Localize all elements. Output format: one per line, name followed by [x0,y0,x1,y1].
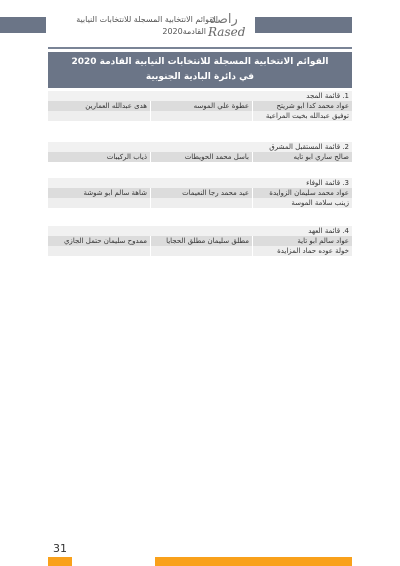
table-row: صالح ساري ابو تايه باسل محمد الحويطات ذي… [48,152,352,162]
brand-english: Rased [208,25,245,39]
footer-accent-block [48,557,72,566]
candidate-cell: عطوة علي الموسه [150,101,252,111]
page-number: 31 [53,542,67,555]
footer-accent-bar [155,557,352,566]
list-table-4: 4. قائمة العهد عواد سالم ابو تاية مطلق س… [48,226,352,256]
candidate-cell: عواد سالم ابو تاية [252,236,352,246]
candidate-cell: عيد محمد رجا النعيمات [150,188,252,198]
candidate-cell [150,246,252,256]
candidate-cell: زينب سلامة الموسة [252,198,352,208]
candidate-cell: خولة عوده حماد المزايدة [252,246,352,256]
table-row: توفيق عبدالله بخيت المراعية [48,111,352,121]
candidate-cell: صالح ساري ابو تايه [252,152,352,162]
candidate-cell [48,246,150,256]
header-divider [48,47,352,49]
header-right-bar [255,17,352,33]
candidate-cell: ممدوح سليمان حتمل الجازي [48,236,150,246]
candidate-cell: عواد محمد كدا ابو شريتح [252,101,352,111]
candidate-cell [150,198,252,208]
candidate-cell: هدى عبدالله العمارين [48,101,150,111]
table-row: زينب سلامة الموسة [48,198,352,208]
list-table-3: 3. قائمة الوفاء عواد محمد سليمان الزوايد… [48,178,352,208]
list-heading: 2. قائمة المستقبل المشرق [48,142,352,152]
list-table-1: 1. قائمة المجد عواد محمد كدا ابو شريتح ع… [48,91,352,121]
candidate-cell [150,111,252,121]
title-banner: القوائم الانتخابية المسجلة للانتخابات ال… [48,52,352,88]
candidate-cell: توفيق عبدالله بخيت المراعية [252,111,352,121]
candidate-cell: عواد محمد سليمان الزوايدة [252,188,352,198]
list-heading: 3. قائمة الوفاء [48,178,352,188]
candidate-cell [48,198,150,208]
table-row: خولة عوده حماد المزايدة [48,246,352,256]
table-row: عواد محمد سليمان الزوايدة عيد محمد رجا ا… [48,188,352,198]
header-left-bar [0,17,46,33]
header-title-line2: القادمة2020 [162,27,206,36]
table-row: عواد محمد كدا ابو شريتح عطوة علي الموسه … [48,101,352,111]
banner-line1: القوائم الانتخابية المسجلة للانتخابات ال… [48,55,352,70]
candidate-cell [48,111,150,121]
banner-line2: في دائرة البادية الجنوبية [48,70,352,85]
list-heading: 1. قائمة المجد [48,91,352,101]
list-heading: 4. قائمة العهد [48,226,352,236]
header-title-line1: القوائم الانتخابية المسجلة للانتخابات ال… [76,15,218,24]
list-table-2: 2. قائمة المستقبل المشرق صالح ساري ابو ت… [48,142,352,162]
candidate-cell: باسل محمد الحويطات [150,152,252,162]
candidate-cell: ذياب الركيبات [48,152,150,162]
table-row: عواد سالم ابو تاية مطلق سليمان مطلق الحج… [48,236,352,246]
candidate-cell: مطلق سليمان مطلق الحجايا [150,236,252,246]
candidate-cell: شاهة سالم ابو شوشة [48,188,150,198]
